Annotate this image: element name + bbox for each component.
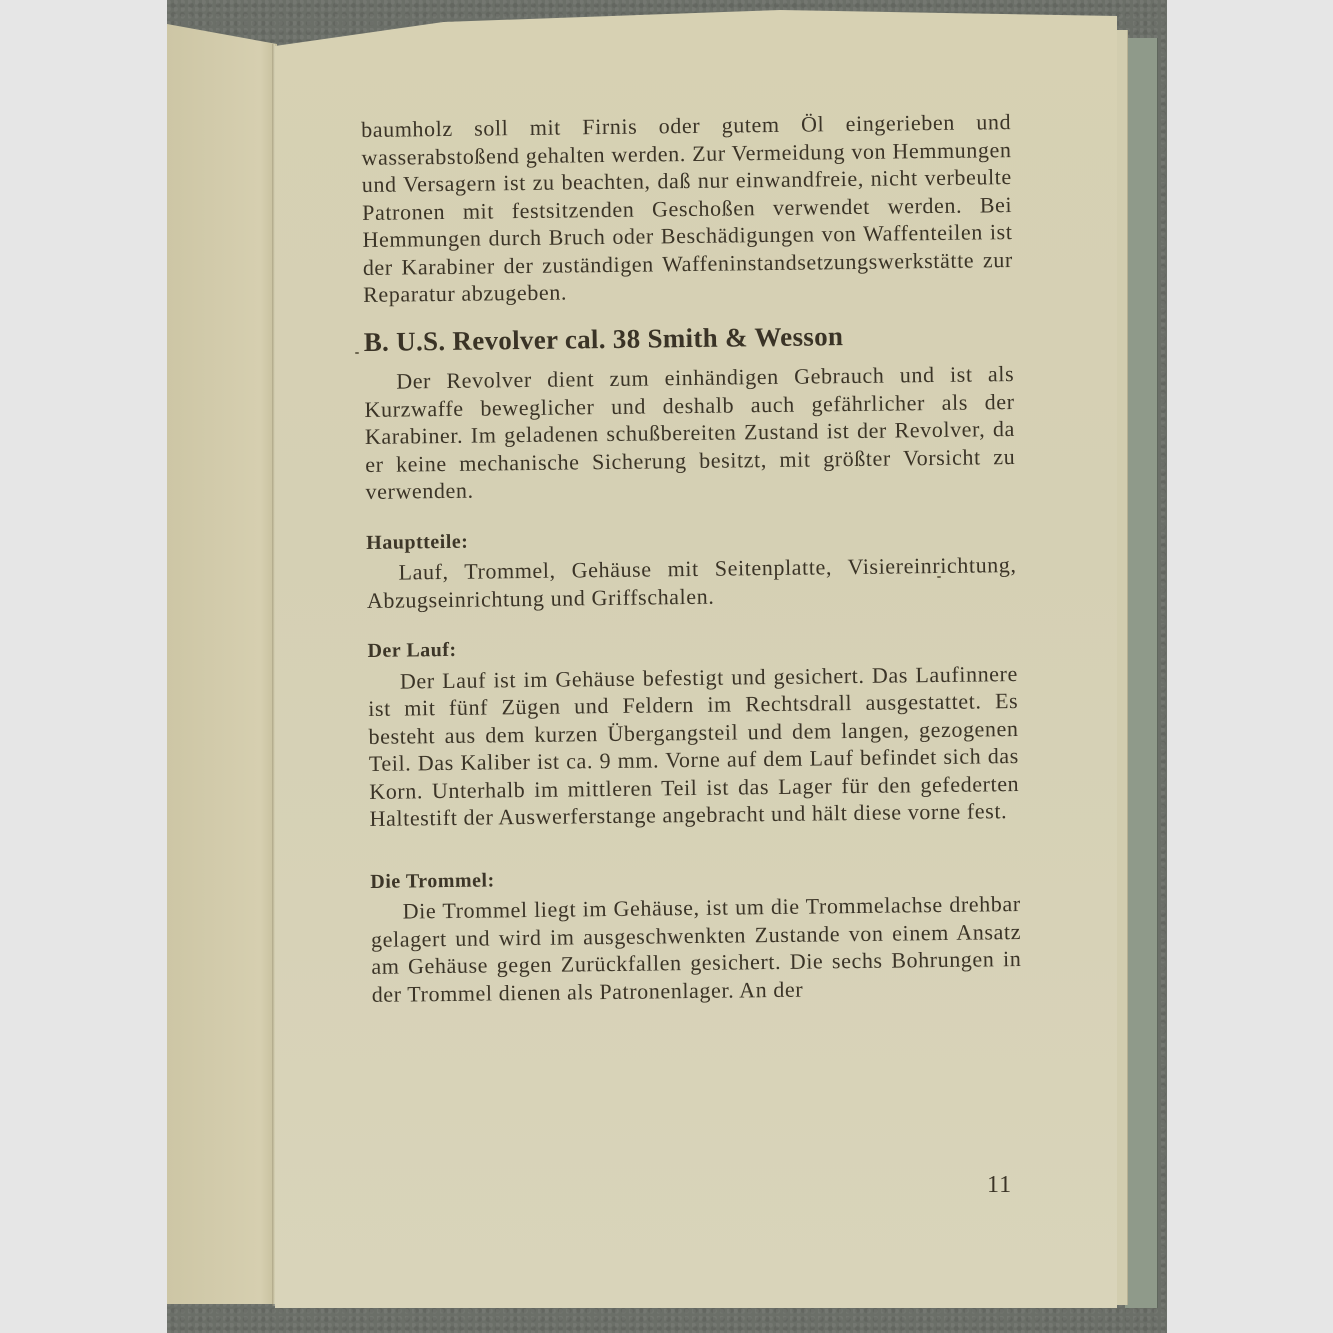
paper-speck — [355, 352, 359, 354]
intro-continuation: baumholz soll mit Firnis oder gutem Öl e… — [361, 108, 1013, 308]
section-title: B. U.S. Revolver cal. 38 Smith & Wesson — [364, 321, 1014, 356]
book-cover-edge — [1125, 38, 1158, 1308]
lauf-text: Der Lauf ist im Gehäuse befestigt und ge… — [368, 660, 1020, 833]
trommel-text: Die Trommel liegt im Gehäuse, ist um die… — [371, 890, 1022, 1008]
hauptteile-text: Lauf, Trommel, Gehäuse mit Seitenplatte,… — [366, 551, 1017, 614]
book-photo: baumholz soll mit Firnis oder gutem Öl e… — [167, 0, 1167, 1333]
page-text: baumholz soll mit Firnis oder gutem Öl e… — [361, 108, 1022, 1008]
page-number: 11 — [987, 1172, 1012, 1199]
left-page — [167, 24, 277, 1304]
spine-crease — [272, 44, 275, 1306]
section-intro: Der Revolver dient zum einhändigen Gebra… — [364, 360, 1016, 505]
paper-speck — [937, 576, 941, 578]
